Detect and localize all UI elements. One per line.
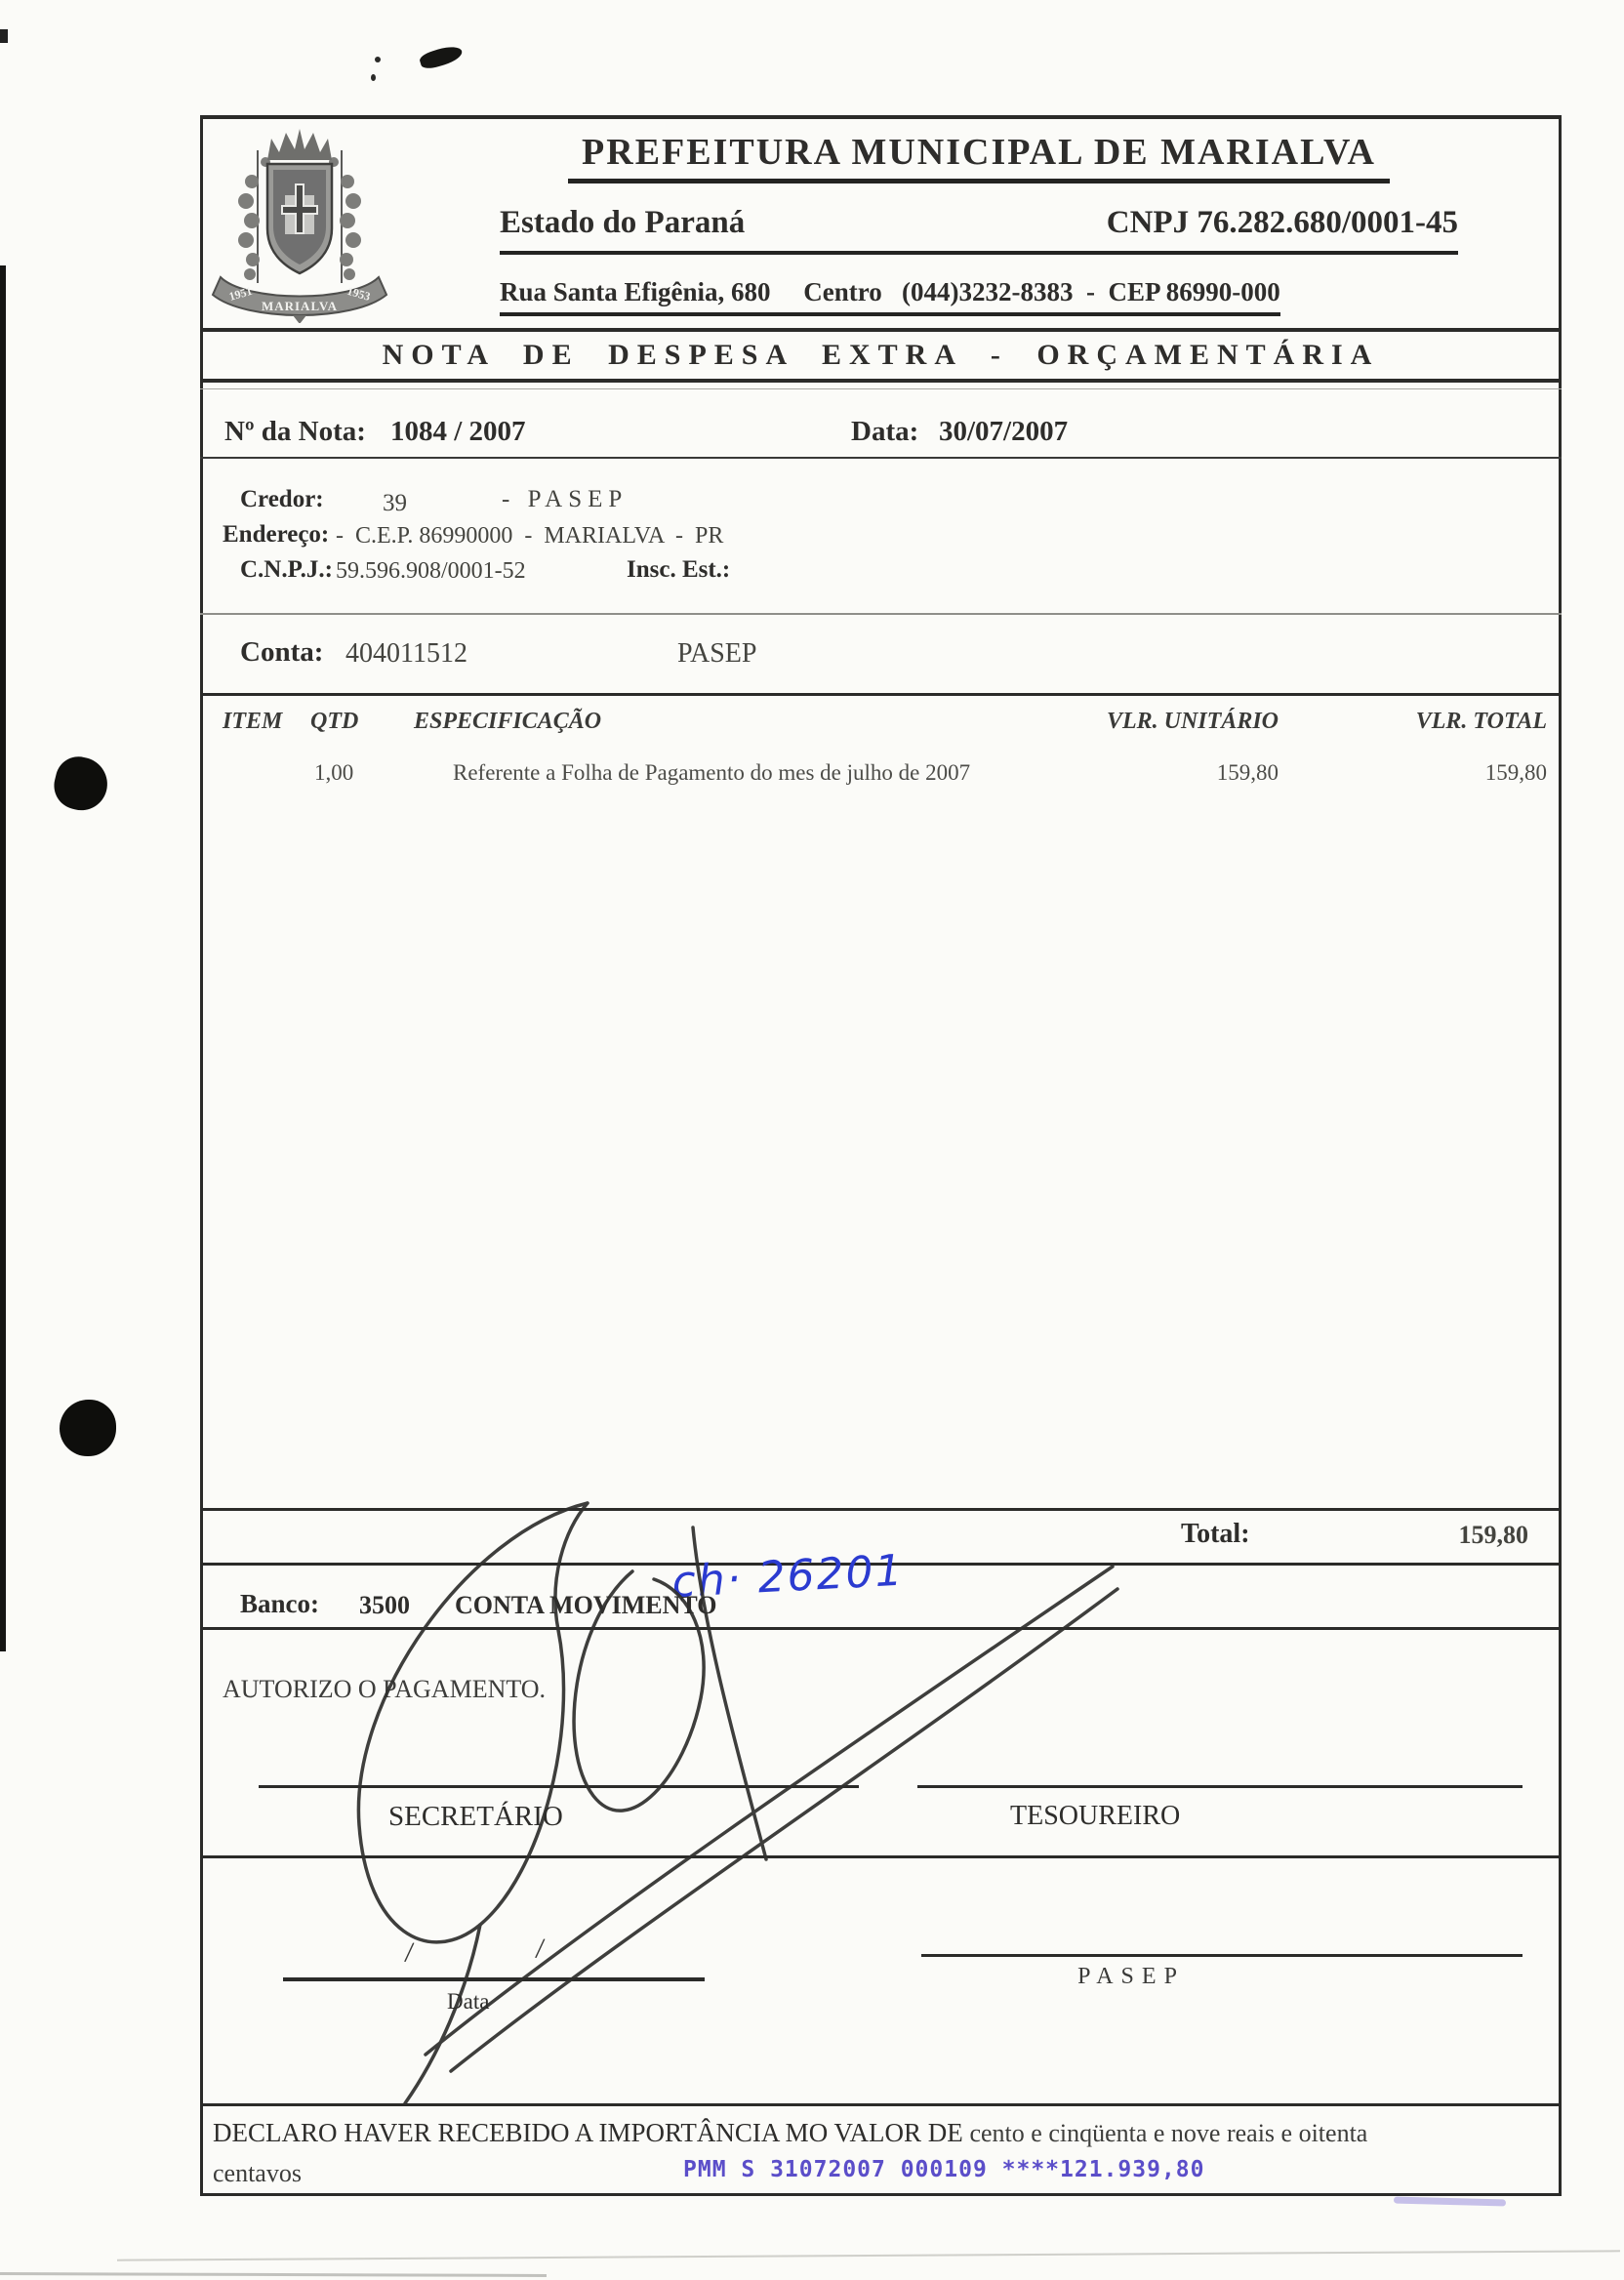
address-text: Rua Santa Efigênia, 680 Centro (044)3232… — [500, 277, 1280, 316]
scan-edge-strip — [0, 265, 6, 1651]
creditor-label: Credor: — [240, 486, 324, 513]
creditor-code: 39 — [383, 490, 407, 517]
signature-scribble — [234, 1474, 1132, 2108]
scanned-expense-note-page: 1951 MARIALVA 1953 PREFEITURA MUNICIPAL … — [0, 0, 1624, 2280]
page-title: PREFEITURA MUNICIPAL DE MARIALVA — [568, 131, 1390, 183]
ink-blot — [49, 752, 112, 815]
col-header-qtd: QTD — [310, 709, 358, 735]
ink-dot — [371, 74, 376, 81]
scan-speck — [0, 29, 8, 43]
rule-above-table — [200, 693, 1562, 696]
creditor-name: - PASEP — [502, 486, 628, 513]
total-label: Total: — [1181, 1519, 1250, 1550]
declaration-line2: centavos — [213, 2159, 302, 2188]
item-row-total: 159,80 — [1347, 760, 1547, 786]
ink-dot — [375, 57, 381, 62]
creditor-cnpj-value: 59.596.908/0001-52 — [336, 558, 526, 585]
band-bottom-rule — [200, 379, 1562, 383]
account-name: PASEP — [677, 638, 756, 670]
declaration-line1: DECLARO HAVER RECEBIDO A IMPORTÂNCIA MO … — [213, 2118, 1552, 2148]
band-bottom-echo — [200, 388, 1562, 389]
col-header-unit: VLR. UNITÁRIO — [1054, 709, 1279, 735]
item-row-spec: Referente a Folha de Pagamento do mes de… — [453, 760, 970, 786]
form-border-top — [200, 115, 1562, 119]
note-number-value: 1084 / 2007 — [390, 416, 526, 448]
state-label: Estado do Paraná — [500, 205, 745, 241]
col-header-total: VLR. TOTAL — [1347, 709, 1547, 735]
creditor-address-value: - C.E.P. 86990000 - MARIALVA - PR — [336, 523, 723, 550]
cnpj-label: CNPJ 76.282.680/0001-45 — [1107, 205, 1458, 241]
declaration-amount-words: cento e cinqüenta e nove reais e oitenta — [969, 2119, 1367, 2147]
header-address-row: Rua Santa Efigênia, 680 Centro (044)3232… — [500, 277, 1280, 316]
col-header-spec: ESPECIFICAÇÃO — [414, 709, 601, 735]
document-band-title: NOTA DE DESPESA EXTRA - ORÇAMENTÁRIA — [200, 339, 1562, 372]
declaration-box-bottom — [200, 2193, 1562, 2196]
register-stamp: PMM S 31072007 000109 ****121.939,80 — [683, 2157, 1205, 2182]
ink-mark — [418, 43, 464, 71]
stamp-smudge — [1394, 2196, 1506, 2206]
total-value: 159,80 — [1366, 1521, 1528, 1550]
header-title-row: PREFEITURA MUNICIPAL DE MARIALVA — [500, 131, 1458, 183]
declaration-intro: DECLARO HAVER RECEBIDO A IMPORTÂNCIA MO … — [213, 2118, 963, 2147]
creditor-cnpj-label: C.N.P.J.: — [240, 556, 333, 584]
ink-blot — [60, 1400, 116, 1456]
note-date-label: Data: — [851, 416, 918, 448]
creditor-address-label: Endereço: — [223, 521, 329, 549]
rule-above-account — [200, 613, 1562, 615]
account-label: Conta: — [240, 636, 323, 669]
item-row-qtd: 1,00 — [314, 760, 353, 786]
note-number-label: Nº da Nota: — [224, 416, 366, 448]
form-border-right — [1559, 115, 1562, 2196]
form-border-left — [200, 115, 203, 2196]
band-top-rule — [200, 328, 1562, 332]
scan-bottom-line — [0, 2272, 547, 2277]
header-state-cnpj-row: Estado do Paraná CNPJ 76.282.680/0001-45 — [500, 205, 1458, 255]
crown — [267, 129, 332, 160]
rule-under-note-row — [200, 457, 1562, 459]
ribbon-city: MARIALVA — [262, 299, 338, 313]
municipal-coat-of-arms: 1951 MARIALVA 1953 — [207, 123, 392, 323]
creditor-insc-label: Insc. Est.: — [627, 556, 730, 584]
col-header-item: ITEM — [223, 709, 282, 735]
scan-bottom-line — [117, 2250, 1620, 2260]
account-code: 404011512 — [345, 638, 467, 670]
item-row-unit: 159,80 — [1054, 760, 1279, 786]
note-date-value: 30/07/2007 — [939, 416, 1068, 448]
